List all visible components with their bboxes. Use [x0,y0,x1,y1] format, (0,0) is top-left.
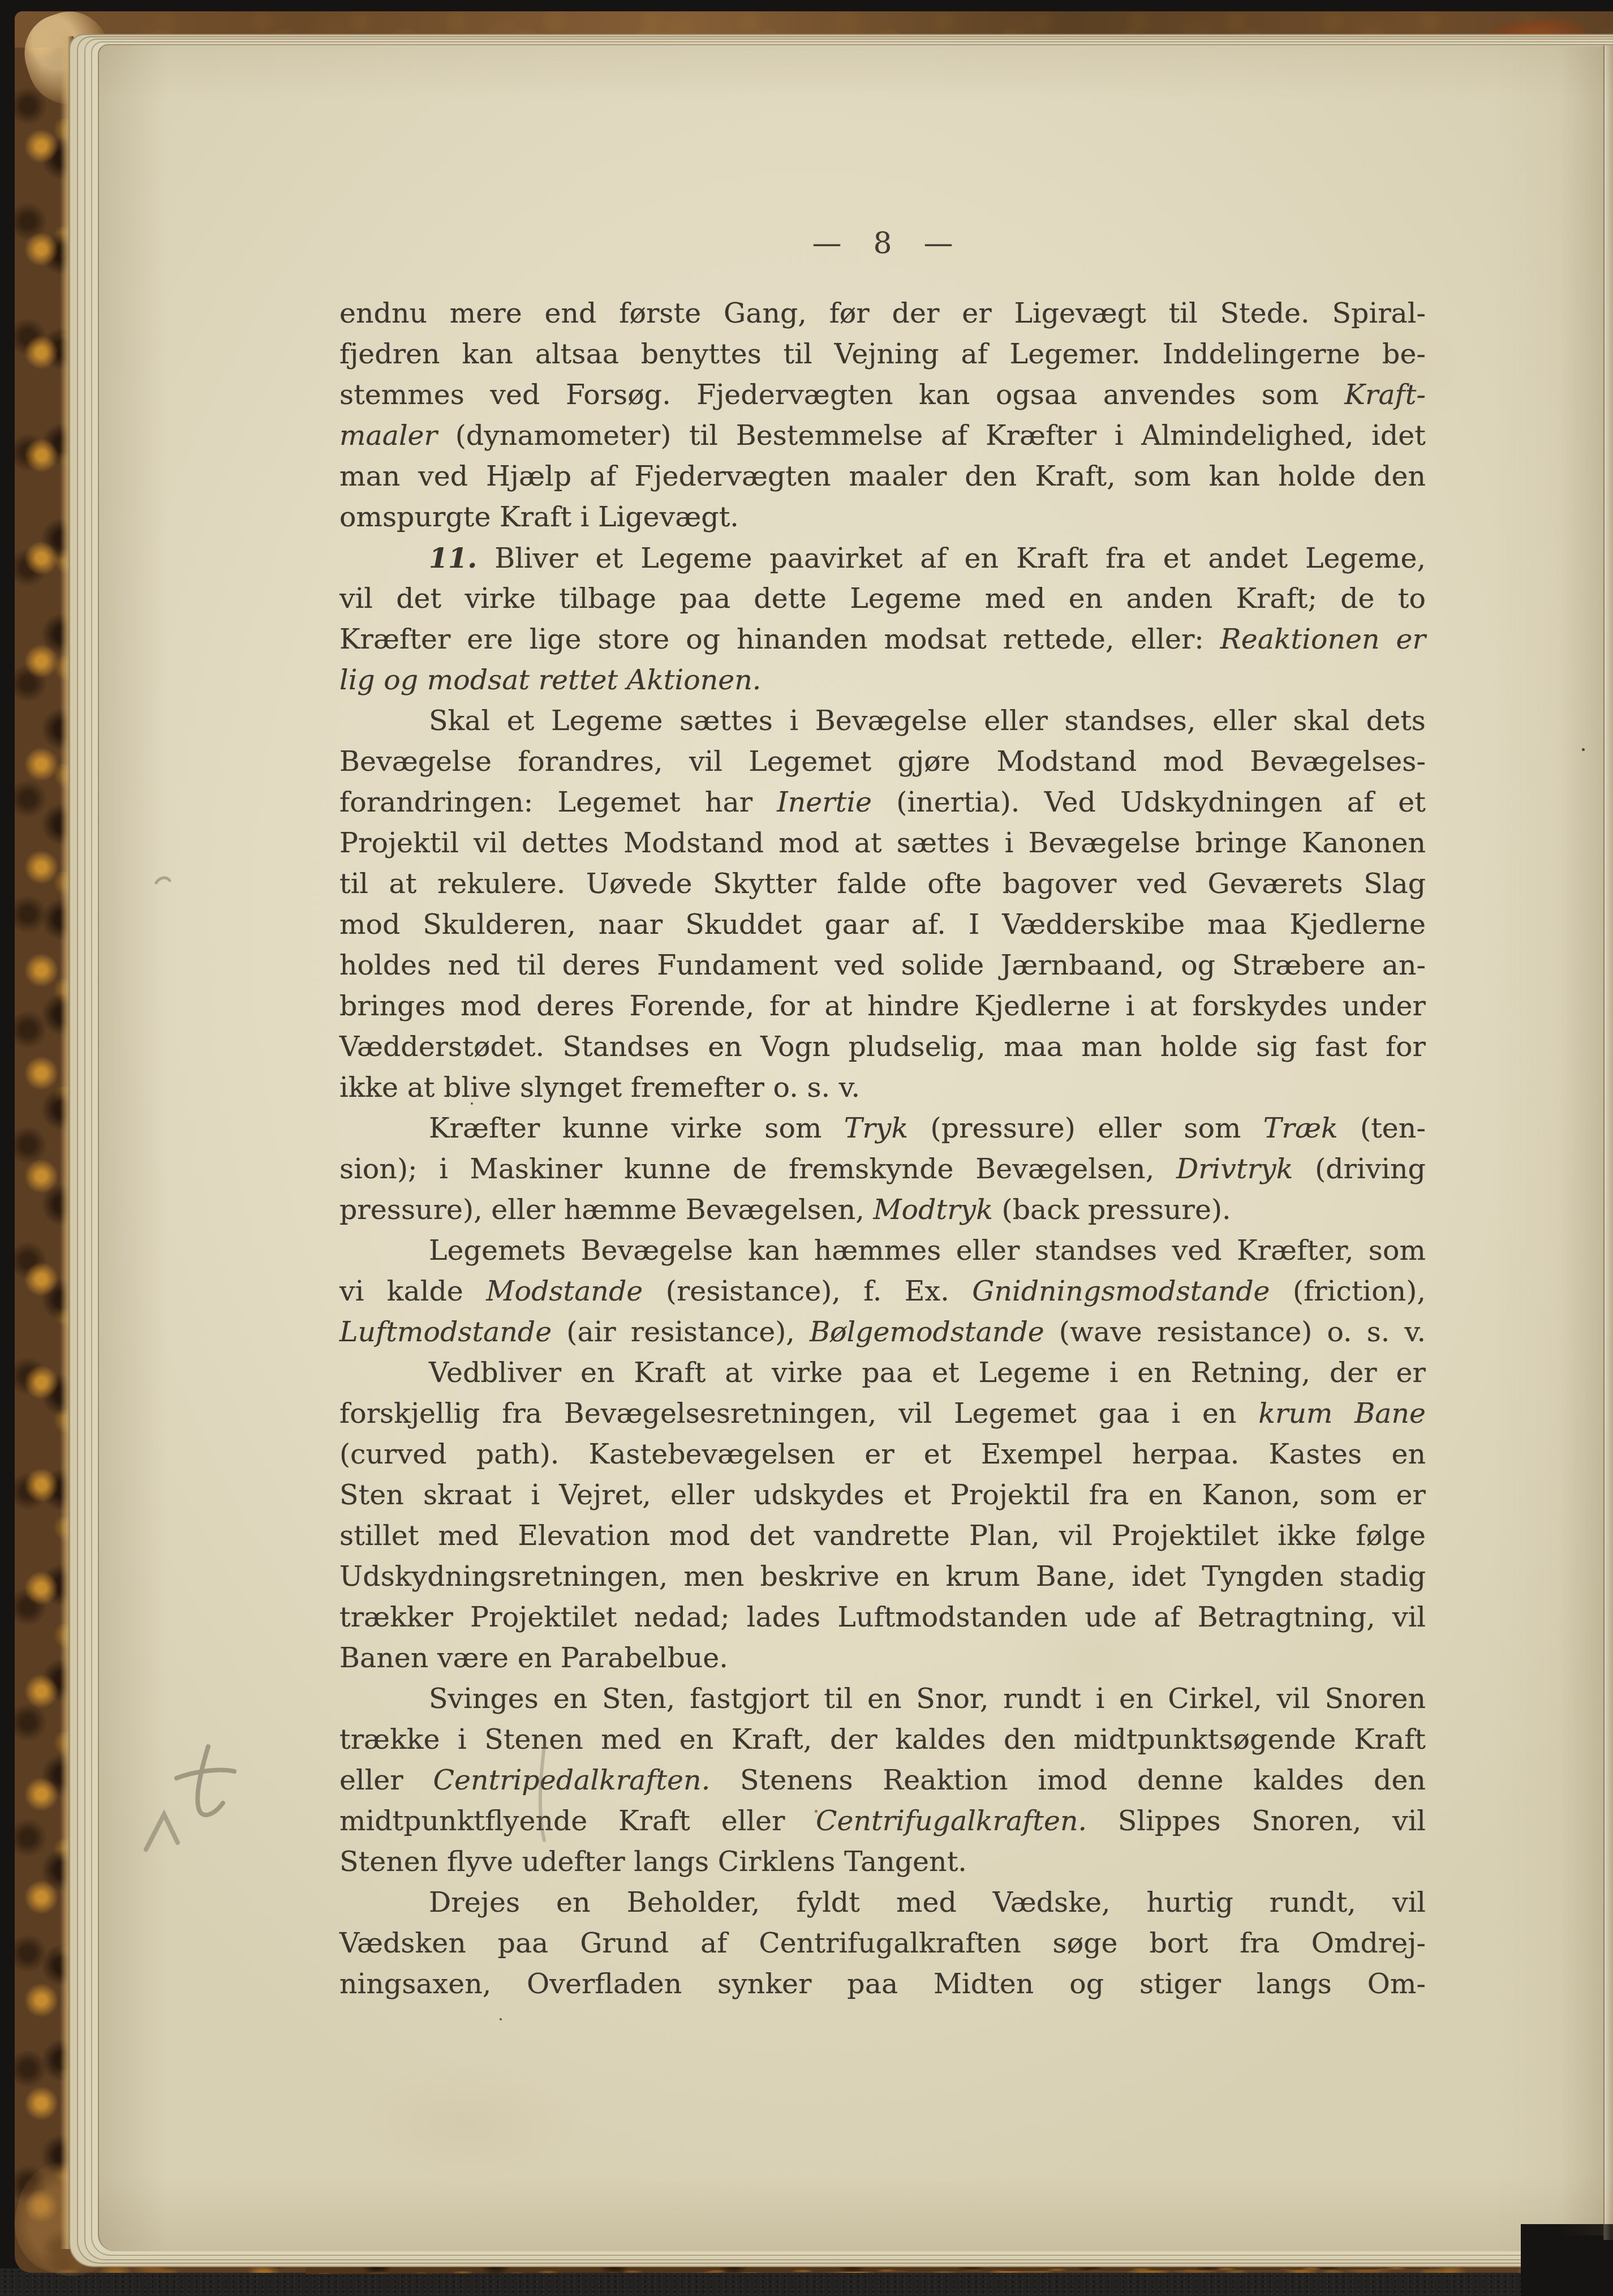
text-segment: Slippes Snoren, vil [1087,1805,1426,1837]
text-segment: forandringen: Legemet har [339,786,777,818]
text-segment: ningsaxen, Overfladen synker paa Midten … [339,1968,1426,2000]
text-segment: Modtryk [873,1194,993,1226]
text-line: Stenen flyve udefter langs Cirklens Tang… [339,1842,1426,1882]
text-segment: Vædderstødet. Standses en Vogn pludselig… [339,1031,1426,1063]
text-segment: endnu mere end første Gang, før der er L… [339,297,1426,329]
text-segment: Bevægelse forandres, vil Legemet gjøre M… [339,745,1426,778]
text-line: bringes mod deres Forende, for at hindre… [339,986,1426,1027]
text-segment: Udskydningsretningen, men beskrive en kr… [339,1560,1426,1593]
text-segment: trække i Stenen med en Kraft, der kaldes… [339,1723,1426,1756]
text-segment: Gnidningsmodstande [972,1275,1270,1307]
text-line: stillet med Elevation mod det vandrette … [339,1516,1426,1556]
text-segment: Bliver et Legeme paavirket af en Kraft f… [477,542,1426,574]
text-segment: holdes ned til deres Fundament ved solid… [339,949,1426,981]
text-segment: Kræfter kunne virke som [429,1112,844,1144]
text-segment: 11. [429,542,477,574]
text-line: Sten skraat i Vejret, eller udskydes et … [339,1475,1426,1516]
text-segment: Stenens Reaktion imod denne kaldes den [710,1764,1426,1796]
header-dash: — [812,226,841,260]
text-line: eller Centripedalkraften. Stenens Reakti… [339,1760,1426,1801]
text-line: midtpunktflyende Kraft eller Centrifugal… [339,1801,1426,1842]
text-segment: Vædsken paa Grund af Centrifugalkraften … [339,1927,1426,1959]
text-line: Udskydningsretningen, men beskrive en kr… [339,1556,1426,1597]
text-line: omspurgte Kraft i Ligevægt. [339,497,1426,538]
text-segment: vi kalde [339,1275,486,1307]
text-segment: Vedbliver en Kraft at virke paa et Legem… [429,1357,1426,1389]
text-segment: fjedren kan altsaa benyttes til Vejning … [339,338,1426,370]
text-line: vil det virke tilbage paa dette Legeme m… [339,578,1426,619]
text-line: Kræfter ere lige store og hinanden modsa… [339,619,1426,660]
text-line: Vædsken paa Grund af Centrifugalkraften … [339,1923,1426,1964]
text-line: Bevægelse forandres, vil Legemet gjøre M… [339,741,1426,782]
text-line: holdes ned til deres Fundament ved solid… [339,945,1426,986]
text-segment: til at rekulere. Uøvede Skytter falde of… [339,868,1426,900]
text-segment: (inertia). Ved Udskydningen af et [872,786,1426,818]
text-line: man ved Hjælp af Fjedervægten maaler den… [339,456,1426,497]
paper-speck [500,2018,502,2020]
text-line: vi kalde Modstande (resistance), f. Ex. … [339,1271,1426,1312]
text-segment: Tryk [844,1112,908,1144]
header-dash: — [924,226,953,260]
text-segment: eller [339,1764,433,1796]
text-line: ningsaxen, Overfladen synker paa Midten … [339,1964,1426,2005]
text-line: 11. Bliver et Legeme paavirket af en Kra… [339,538,1426,578]
text-segment: Projektil vil dettes Modstand mod at sæt… [339,827,1426,859]
text-line: Kræfter kunne virke som Tryk (pressure) … [339,1108,1426,1149]
page-crease [1603,45,1613,2240]
text-line: Banen være en Parabelbue. [339,1638,1426,1679]
text-line: maaler (dynamometer) til Bestemmelse af … [339,415,1426,456]
text-line: Luftmodstande (air resistance), Bølgemod… [339,1312,1426,1353]
text-segment: omspurgte Kraft i Ligevægt. [339,501,739,533]
text-line: Legemets Bevægelse kan hæmmes eller stan… [339,1230,1426,1271]
text-line: ikke at blive slynget fremefter o. s. v. [339,1067,1426,1108]
text-segment: maaler [339,419,437,452]
text-segment: stemmes ved Forsøg. Fjedervægten kan ogs… [339,379,1344,411]
text-segment: Banen være en Parabelbue. [339,1642,728,1674]
text-segment: man ved Hjælp af Fjedervægten maaler den… [339,460,1426,492]
text-segment: Modstande [486,1275,643,1307]
text-segment: Bølgemodstande [810,1316,1044,1348]
text-segment: (dynamometer) til Bestemmelse af Kræfter… [437,419,1426,452]
text-segment: Drejes en Beholder, fyldt med Vædske, hu… [429,1886,1426,1919]
text-line: (curved path). Kastebevægelsen er et Exe… [339,1434,1426,1475]
text-segment: bringes mod deres Forende, for at hindre… [339,990,1426,1022]
text-segment: Centripedalkraften. [433,1764,711,1796]
text-segment: Skal et Legeme sættes i Bevægelse eller … [429,705,1426,737]
text-segment: lig og modsat rettet Aktionen. [339,664,761,696]
page-number: 8 [873,226,892,260]
text-segment: (friction), [1270,1275,1426,1307]
text-line: Skal et Legeme sættes i Bevægelse eller … [339,701,1426,741]
text-segment: Inertie [777,786,872,818]
text-line: endnu mere end første Gang, før der er L… [339,293,1426,334]
text-segment: (resistance), f. Ex. [643,1275,972,1307]
text-line: Projektil vil dettes Modstand mod at sæt… [339,823,1426,864]
text-segment: (back pressure). [993,1194,1231,1226]
text-segment: stillet med Elevation mod det vandrette … [339,1520,1426,1552]
text-segment: ikke at blive slynget fremefter o. s. v. [339,1071,860,1104]
text-segment: Reaktionen er [1220,623,1426,655]
text-segment: Luftmodstande [339,1316,552,1348]
page-header: —8— [339,226,1426,268]
page-curl-shadow [1559,46,1605,2235]
text-segment: midtpunktflyende Kraft eller [339,1805,816,1837]
text-line: Svinges en Sten, fastgjort til en Snor, … [339,1679,1426,1719]
foxing-stain [351,2060,588,2185]
text-segment: Svinges en Sten, fastgjort til en Snor, … [429,1683,1426,1715]
text-segment: (pressure) eller som [908,1112,1263,1144]
text-segment: pressure), eller hæmme Bevægelsen, [339,1194,873,1226]
text-line: Drejes en Beholder, fyldt med Vædske, hu… [339,1882,1426,1923]
text-line: lig og modsat rettet Aktionen. [339,660,1426,701]
text-segment: (driving [1293,1153,1426,1185]
text-segment: Centrifugalkraften. [816,1805,1087,1837]
text-line: fjedren kan altsaa benyttes til Vejning … [339,334,1426,375]
text-line: stemmes ved Forsøg. Fjedervægten kan ogs… [339,375,1426,415]
text-line: til at rekulere. Uøvede Skytter falde of… [339,864,1426,904]
text-lines: endnu mere end første Gang, før der er L… [339,293,1426,2005]
text-line: trækker Projektilet nedad; lades Luftmod… [339,1597,1426,1638]
text-segment: Legemets Bevægelse kan hæmmes eller stan… [429,1234,1426,1267]
text-segment: (wave resistance) o. s. v. [1044,1316,1426,1348]
text-segment: (ten- [1338,1112,1426,1144]
text-segment: mod Skulderen, naar Skuddet gaar af. I V… [339,908,1426,941]
text-line: sion); i Maskiner kunne de fremskynde Be… [339,1149,1426,1190]
text-segment: Drivtryk [1176,1153,1293,1185]
text-segment: vil det virke tilbage paa dette Legeme m… [339,582,1426,615]
text-line: pressure), eller hæmme Bevægelsen, Modtr… [339,1190,1426,1230]
text-line: trække i Stenen med en Kraft, der kaldes… [339,1719,1426,1760]
text-line: forandringen: Legemet har Inertie (inert… [339,782,1426,823]
text-segment: Kræfter ere lige store og hinanden modsa… [339,623,1220,655]
text-segment: (air resistance), [552,1316,810,1348]
text-segment: Kraft- [1344,379,1426,411]
text-segment: forskjellig fra Bevægelsesretningen, vil… [339,1397,1258,1430]
text-segment: Træk [1263,1112,1338,1144]
text-segment: Sten skraat i Vejret, eller udskydes et … [339,1479,1426,1511]
text-line: Vædderstødet. Standses en Vogn pludselig… [339,1027,1426,1067]
text-segment: krum Bane [1258,1397,1426,1430]
text-line: forskjellig fra Bevægelsesretningen, vil… [339,1393,1426,1434]
text-line: Vedbliver en Kraft at virke paa et Legem… [339,1353,1426,1393]
text-line: mod Skulderen, naar Skuddet gaar af. I V… [339,904,1426,945]
text-segment: trækker Projektilet nedad; lades Luftmod… [339,1601,1426,1633]
text-segment: (curved path). Kastebevægelsen er et Exe… [339,1438,1426,1470]
text-segment: sion); i Maskiner kunne de fremskynde Be… [339,1153,1176,1185]
text-segment: Stenen flyve udefter langs Cirklens Tang… [339,1846,967,1878]
book-photo: —8— endnu mere end første Gang, før der … [0,0,1613,2296]
paper-speck [1582,748,1585,751]
